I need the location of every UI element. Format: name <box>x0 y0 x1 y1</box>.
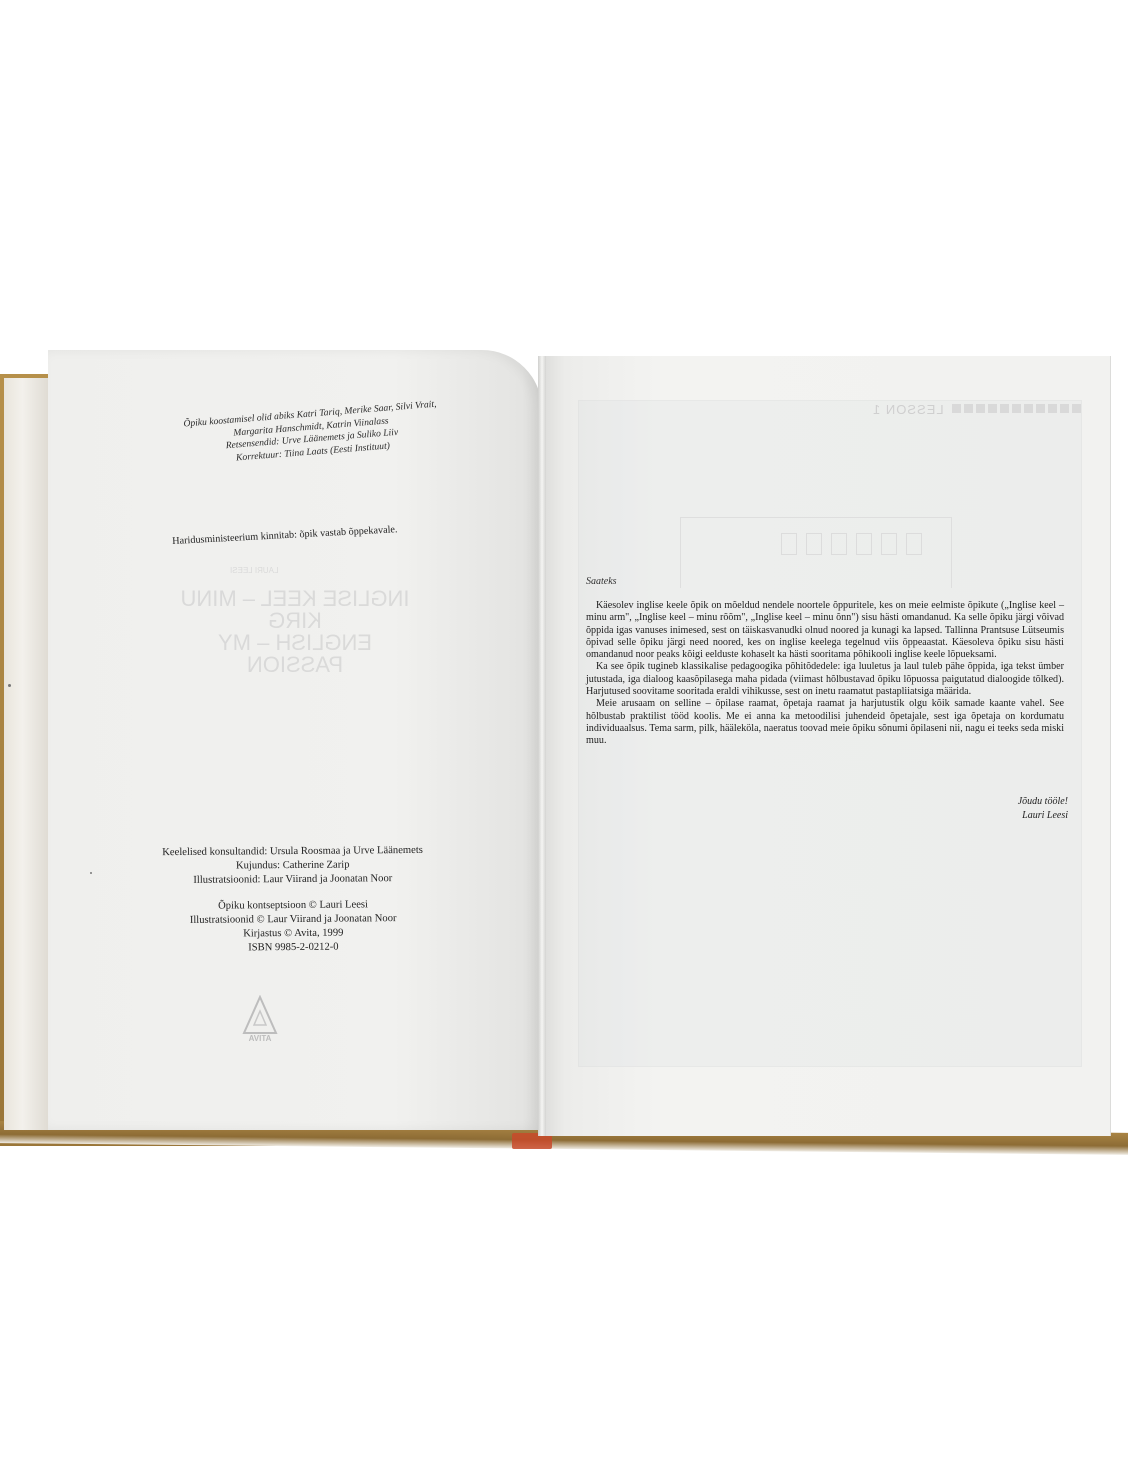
show-through-title-line: INGLISE KEEL – MINU KIRG <box>170 588 420 632</box>
foreword-body: Käesolev inglise keele õpik on mõeldud n… <box>586 600 1064 748</box>
book-gutter <box>538 356 546 1136</box>
show-through-author: LAURI LEESI <box>230 566 278 575</box>
avita-triangle-logo-icon: AVITA <box>240 995 280 1043</box>
foreword-paragraph: Ka see õpik tugineb klassikalise pedagoo… <box>586 661 1064 698</box>
production-credits: Keelelised konsultandid: Ursula Roosmaa … <box>128 844 459 957</box>
foreword-heading: Saateks <box>586 576 617 587</box>
foreword-signoff: Jõudu tööle! Lauri Leesi <box>900 795 1068 823</box>
closing-phrase: Jõudu tööle! <box>900 795 1068 809</box>
credit-line: Keelelised konsultandid: Ursula Roosmaa … <box>128 844 458 861</box>
show-through-title: INGLISE KEEL – MINU KIRG ENGLISH – MY PA… <box>170 588 420 676</box>
foreword-paragraph: Käesolev inglise keele õpik on mõeldud n… <box>586 600 1064 661</box>
isbn: ISBN 9985-2-0212-0 <box>128 940 458 957</box>
show-through-lesson-label: LESSON 1 <box>872 402 944 417</box>
left-page <box>48 350 542 1130</box>
show-through-squares <box>952 404 1081 413</box>
page-mark <box>90 872 92 874</box>
page-mark <box>8 684 11 687</box>
foreword-paragraph: Meie arusaam on selline – õpilase raamat… <box>586 698 1064 747</box>
show-through-title-line: ENGLISH – MY PASSION <box>170 632 420 676</box>
author-signature: Lauri Leesi <box>900 809 1068 823</box>
svg-text:AVITA: AVITA <box>249 1034 272 1043</box>
page-stack <box>4 378 51 1130</box>
show-through-building-illustration <box>680 517 952 588</box>
